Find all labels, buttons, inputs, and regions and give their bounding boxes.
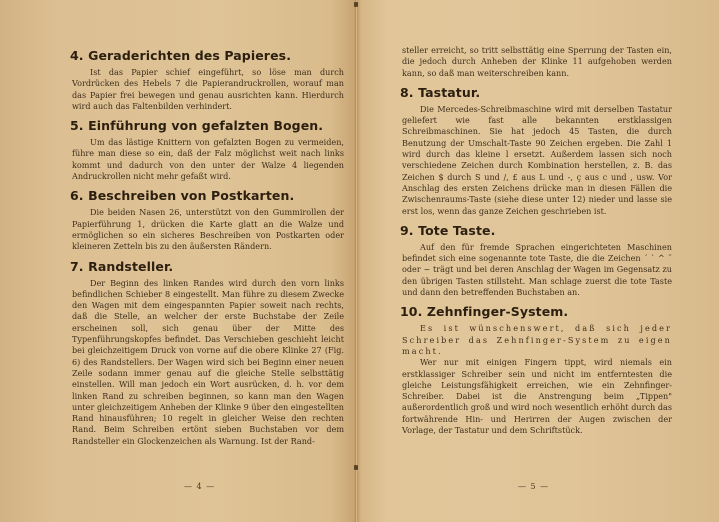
section-paragraph: Der Beginn des linken Randes wird durch … (72, 278, 344, 447)
section-paragraph: Wer nur mit einigen Fingern tippt, wird … (402, 357, 672, 436)
book-gutter (355, 0, 357, 522)
section-paragraph: Die beiden Nasen 26, unterstützt von den… (72, 207, 344, 252)
section-10: 10. Zehnfinger-System. Es ist wünschensw… (402, 304, 672, 436)
section-paragraph: Die Mercedes-Schreibmaschine wird mit de… (402, 104, 672, 217)
continuation-text: steller erreicht, so tritt selbsttätig e… (402, 45, 672, 79)
section-heading: 4. Geraderichten des Papieres. (70, 48, 344, 63)
section-4: 4. Geraderichten des Papieres. Ist das P… (72, 48, 344, 112)
section-5: 5. Einführung von gefalzten Bogen. Um da… (72, 118, 344, 182)
section-heading: 7. Randsteller. (70, 259, 344, 274)
section-8: 8. Tastatur. Die Mercedes-Schreibmaschin… (402, 85, 672, 217)
section-heading: 9. Tote Taste. (400, 223, 672, 238)
section-paragraph: Ist das Papier schief eingeführt, so lös… (72, 67, 344, 112)
continuation-paragraph: steller erreicht, so tritt selbsttätig e… (402, 45, 672, 79)
section-heading: 5. Einführung von gefalzten Bogen. (70, 118, 344, 133)
section-7: 7. Randsteller. Der Beginn des linken Ra… (72, 259, 344, 447)
section-heading: 8. Tastatur. (400, 85, 672, 100)
right-page: steller erreicht, so tritt selbsttätig e… (402, 0, 672, 522)
section-paragraph: Um das lästige Knittern von gefalzten Bo… (72, 137, 344, 182)
section-heading: 6. Beschreiben von Postkarten. (70, 188, 344, 203)
section-9: 9. Tote Taste. Auf den für fremde Sprach… (402, 223, 672, 298)
section-paragraph: Es ist wünschenswert, daß sich jeder Sch… (402, 323, 672, 357)
section-6: 6. Beschreiben von Postkarten. Die beide… (72, 188, 344, 252)
section-heading: 10. Zehnfinger-System. (400, 304, 672, 319)
page-number: — 4 — (184, 482, 215, 491)
binding-stitch (354, 2, 358, 7)
left-page: 4. Geraderichten des Papieres. Ist das P… (72, 0, 344, 522)
binding-stitch (354, 465, 358, 470)
page-number: — 5 — (518, 482, 549, 491)
section-paragraph: Auf den für fremde Sprachen eingerichtet… (402, 242, 672, 298)
open-booklet-spread: 4. Geraderichten des Papieres. Ist das P… (0, 0, 719, 522)
